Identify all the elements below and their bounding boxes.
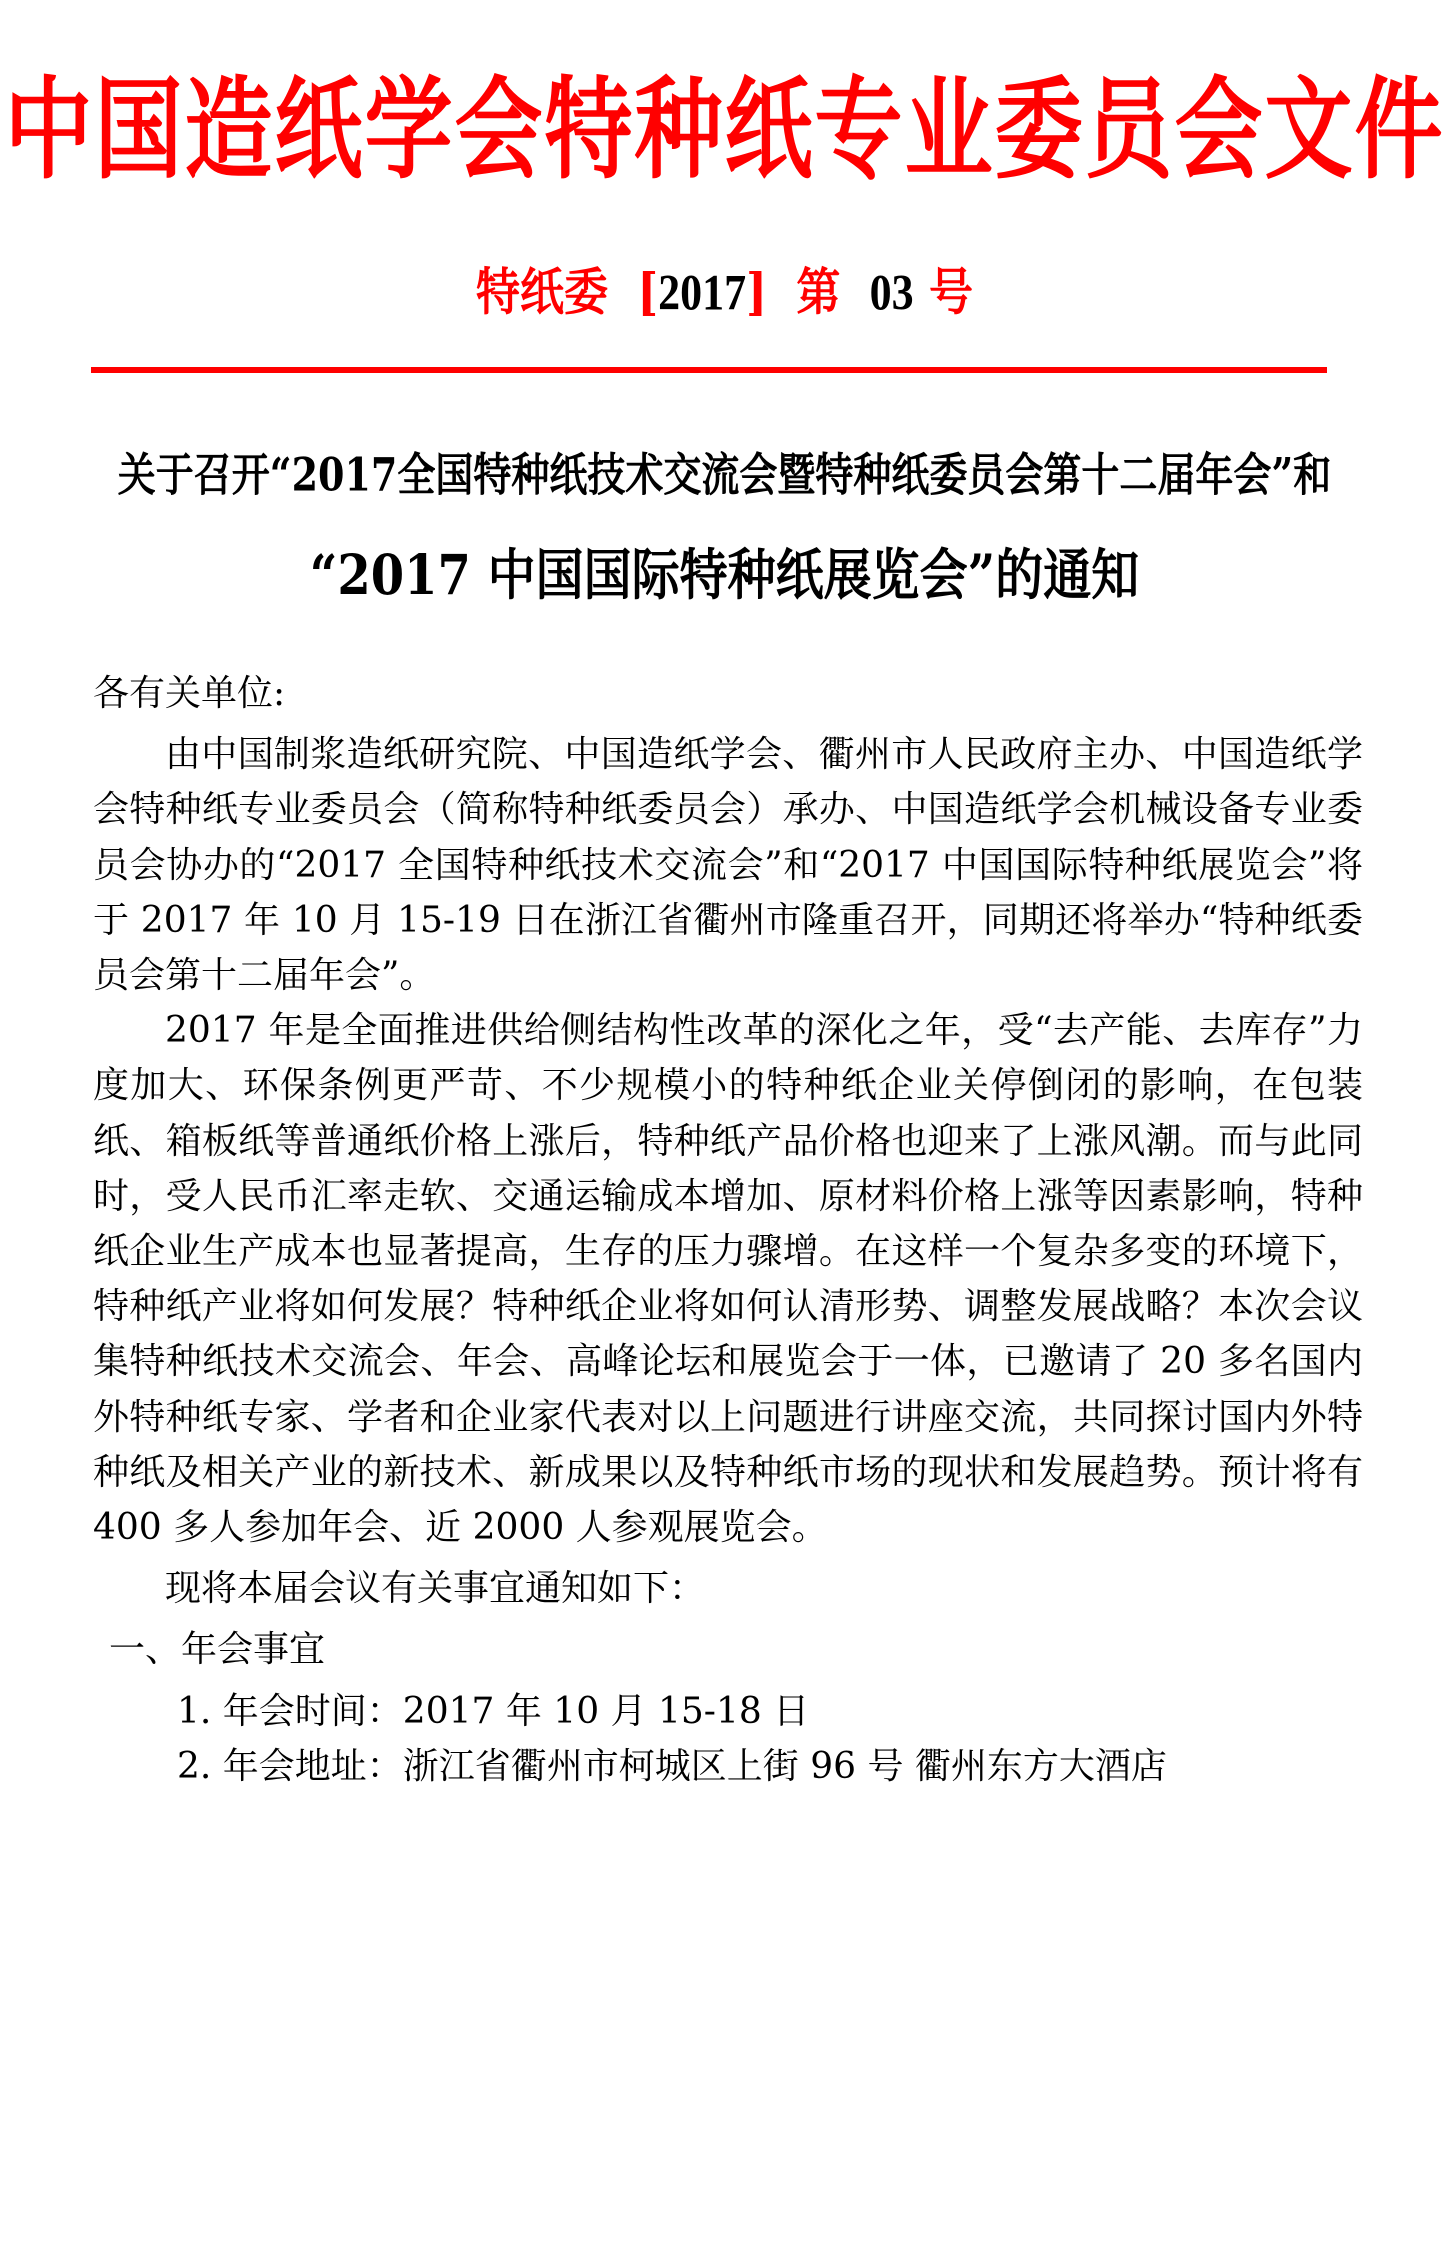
- section-heading-annual-meeting: 一、年会事宜: [93, 1622, 1363, 1677]
- salutation: 各有关单位:: [93, 666, 1363, 721]
- doc-year: 2017: [658, 265, 746, 321]
- red-header-divider: [91, 367, 1327, 373]
- notice-title-line-2: “2017 中国国际特种纸展览会”的通知: [0, 548, 1449, 603]
- notice-title-line-1: 关于召开“2017全国特种纸技术交流会暨特种纸委员会第十二届年会”和: [0, 452, 1449, 498]
- doc-hao: 号: [929, 263, 973, 322]
- paragraph-notice-intro: 现将本届会议有关事宜通知如下：: [93, 1561, 1363, 1616]
- document-number: 特纸委 [2017] 第 03 号: [0, 268, 1449, 319]
- doc-bracket-close: ]: [746, 263, 767, 322]
- paragraph-organizers: 由中国制浆造纸研究院、中国造纸学会、衢州市人民政府主办、中国造纸学会特种纸专业委…: [93, 727, 1363, 1003]
- doc-prefix: 特纸委: [476, 263, 608, 322]
- list-item-meeting-address: 2. 年会地址：浙江省衢州市柯城区上街 96 号 衢州东方大酒店: [93, 1739, 1363, 1794]
- paragraph-background: 2017 年是全面推进供给侧结构性改革的深化之年，受“去产能、去库存”力度加大、…: [93, 1003, 1363, 1555]
- list-item-meeting-time: 1. 年会时间：2017 年 10 月 15-18 日: [93, 1684, 1363, 1739]
- doc-bracket-open: [: [637, 263, 658, 322]
- document-body: 各有关单位: 由中国制浆造纸研究院、中国造纸学会、衢州市人民政府主办、中国造纸学…: [93, 666, 1363, 1794]
- org-document-title: 中国造纸学会特种纸专业委员会文件: [0, 74, 1449, 184]
- doc-di: 第: [796, 263, 840, 322]
- doc-serial-number: 03: [870, 265, 914, 321]
